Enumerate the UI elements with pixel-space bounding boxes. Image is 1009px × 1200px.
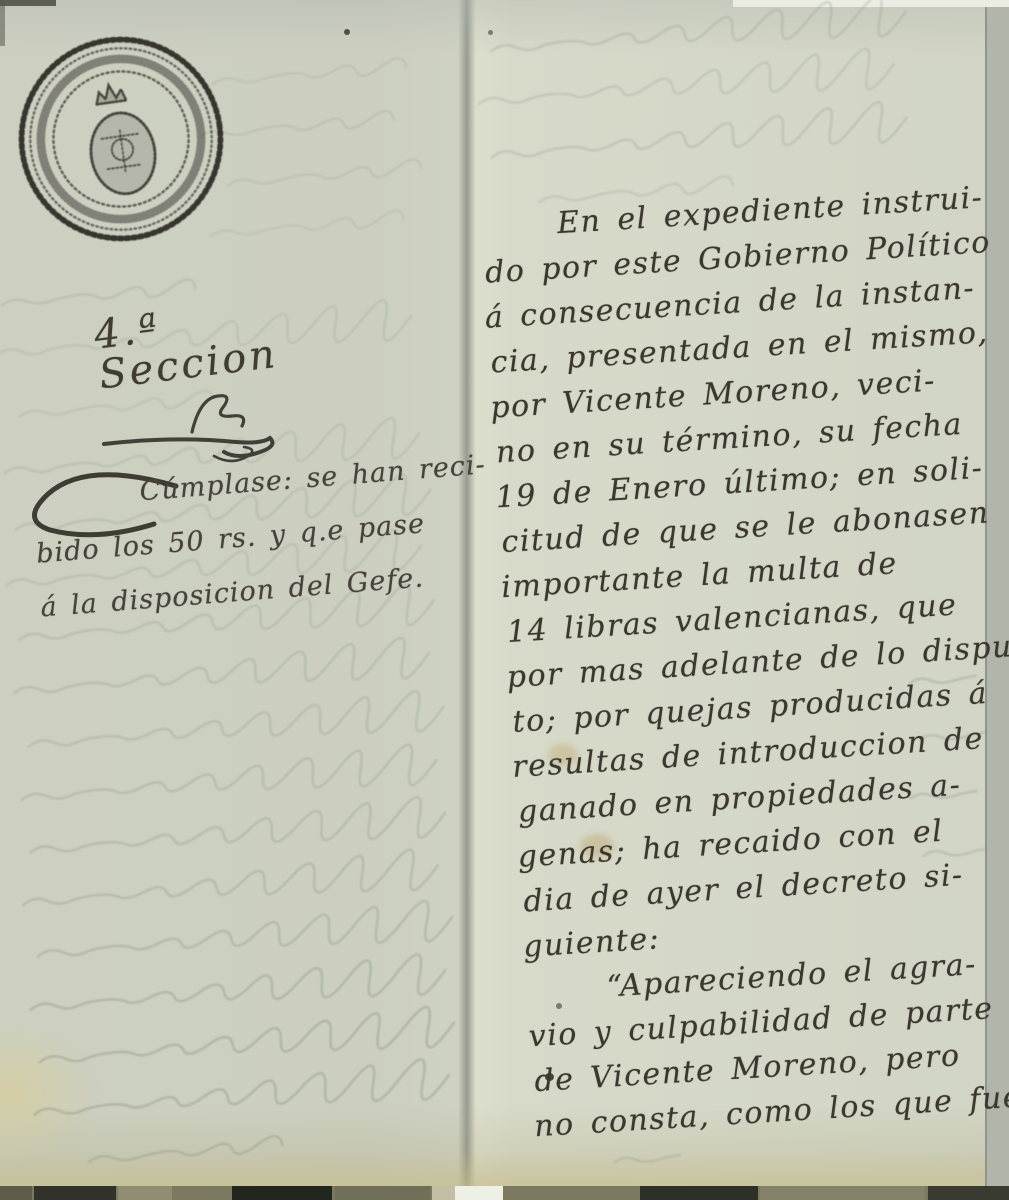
official-seal-icon — [0, 12, 247, 267]
scanned-manuscript-letter: { "icons": { "seal": "official-circular-… — [0, 0, 1009, 1200]
letter-body: En el expediente instrui- do por este Go… — [478, 174, 1009, 1150]
letter-page: 4.ª Seccion Cúmplase: se han reci- bido … — [0, 0, 987, 1200]
